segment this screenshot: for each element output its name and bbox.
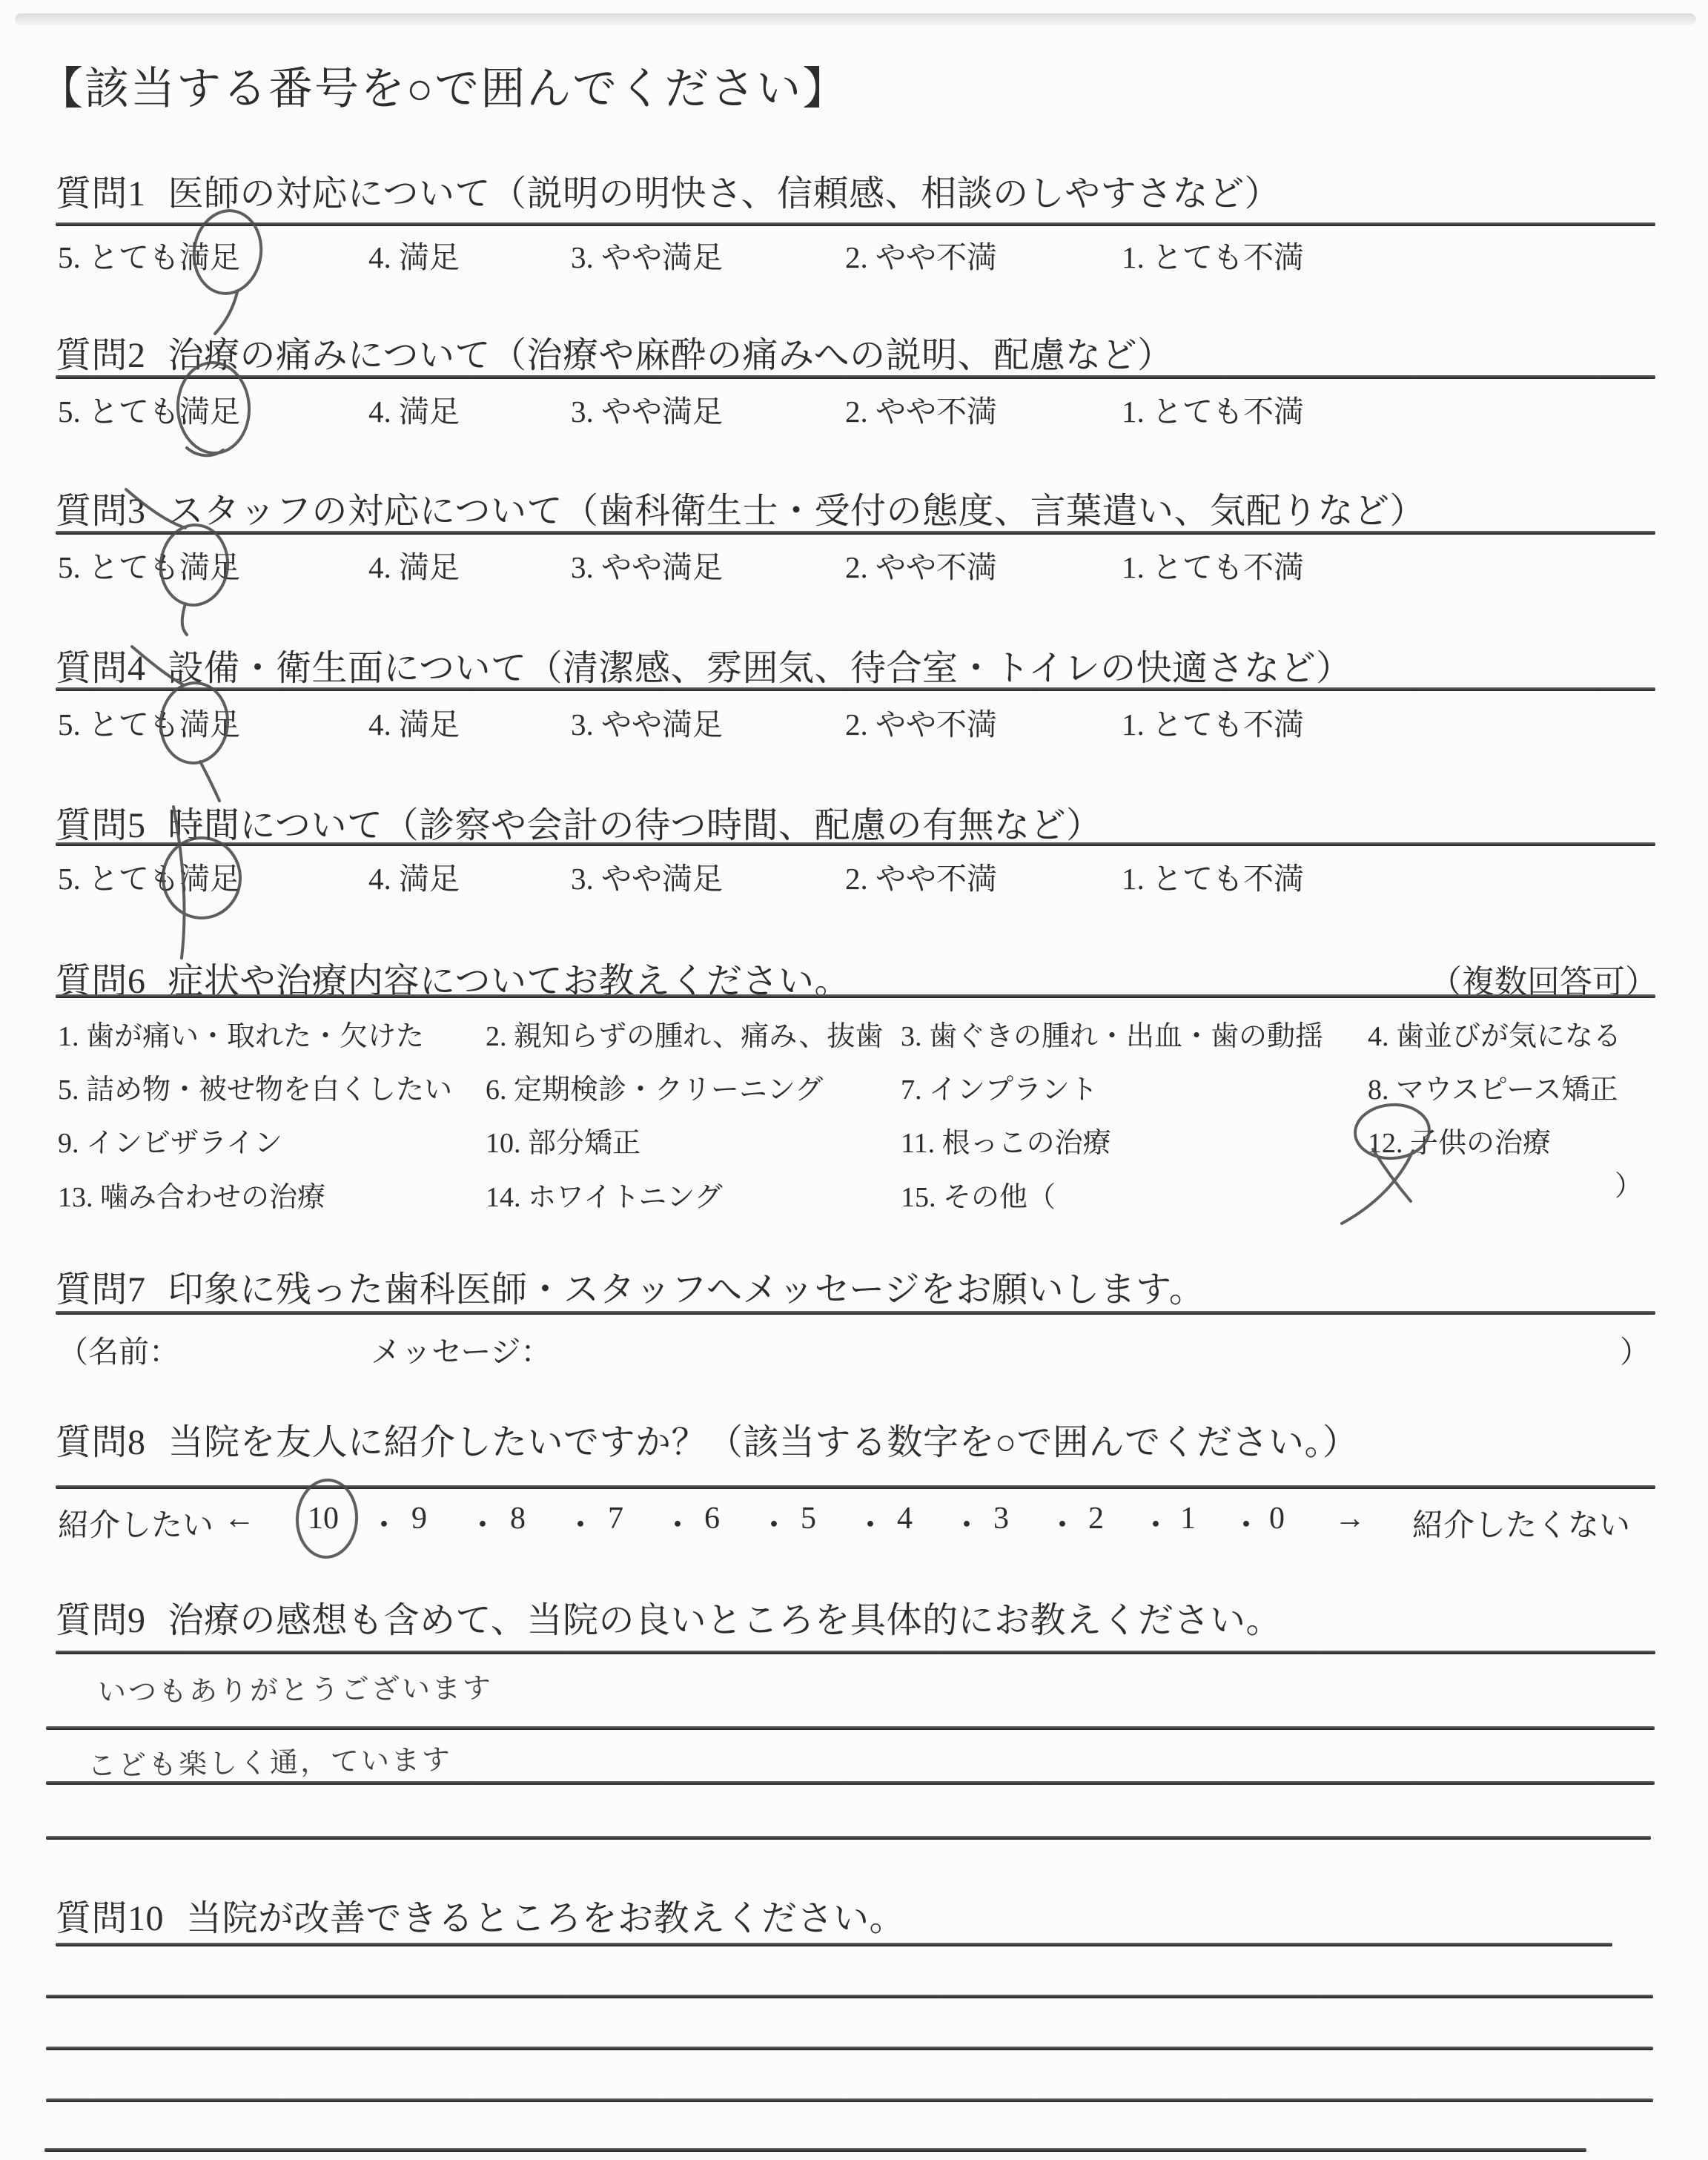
q6-item-6: 6. 定期検診・クリーニング: [486, 1066, 823, 1107]
q6-item-15: 15. その他（: [901, 1174, 1056, 1215]
q1-title: 質問1医師の対応について（説明の明快さ、信頼感、相談のしやすさなど）: [56, 165, 1280, 216]
q10-text: 当院が改善できるところをお教えください。: [186, 1899, 905, 1938]
q4-title: 質問4設備・衛生面について（清潔感、雰囲気、待合室・トイレの快適さなど）: [56, 639, 1352, 690]
q5-title: 質問5時間について（診察や会計の待つ時間、配慮の有無など）: [56, 796, 1102, 848]
q2-underline: [56, 375, 1655, 379]
q6-item-7: 7. インプラント: [901, 1066, 1098, 1107]
q2-option-4: 4. 満足: [368, 387, 460, 431]
q3-option-2: 2. やや不満: [845, 543, 997, 587]
q10-underline: [56, 1943, 1612, 1946]
q7-label: 質問7: [56, 1270, 146, 1309]
q8-dot: ・: [855, 1501, 886, 1545]
scan-artifact-band: [15, 13, 1696, 25]
q8-number-8: 8: [510, 1501, 526, 1536]
q6-item-9: 9. インビザライン: [58, 1120, 282, 1160]
q2-label: 質問2: [56, 336, 146, 375]
q9-label: 質問9: [56, 1601, 146, 1640]
q4-option-5: 5. とても満足: [58, 700, 240, 744]
q1-option-4: 4. 満足: [368, 233, 460, 277]
q5-text: 時間について（診察や会計の待つ時間、配慮の有無など）: [168, 806, 1102, 845]
q8-right-arrow-icon: →: [1334, 1501, 1366, 1536]
q9-handwritten-line-2: こども楽しく通，ています: [87, 1737, 453, 1784]
q8-dot: ・: [467, 1501, 498, 1545]
q8-left-arrow-icon: ←: [224, 1501, 255, 1536]
q2-text: 治療の痛みについて（治療や麻酔の痛みへの説明、配慮など）: [168, 336, 1174, 375]
q8-dot: ・: [758, 1501, 790, 1545]
q6-item-8: 8. マウスピース矯正: [1368, 1066, 1618, 1107]
q8-dot: ・: [951, 1501, 982, 1545]
q5-option-1: 1. とても不満: [1122, 854, 1304, 898]
q2-option-2: 2. やや不満: [845, 387, 997, 431]
q3-option-5: 5. とても満足: [58, 543, 240, 587]
q5-label: 質問5: [56, 806, 146, 845]
q2-option-5: 5. とても満足: [58, 387, 240, 431]
q10-answer-line-4: [44, 2148, 1586, 2152]
q3-option-1: 1. とても不満: [1122, 543, 1304, 587]
q8-number-9: 9: [411, 1501, 427, 1536]
survey-scan-page: 【該当する番号を○で囲んでください】 質問1医師の対応について（説明の明快さ、信…: [0, 0, 1708, 2160]
q1-text: 医師の対応について（説明の明快さ、信頼感、相談のしやすさなど）: [168, 174, 1281, 214]
q4-label: 質問4: [56, 649, 146, 688]
q9-underline: [56, 1651, 1655, 1654]
q3-option-3: 3. やや満足: [571, 543, 723, 587]
q3-circle-tail-bottom: [182, 604, 187, 635]
q8-number-2: 2: [1088, 1501, 1104, 1536]
q5-option-3: 3. やや満足: [571, 854, 723, 898]
q2-title: 質問2治療の痛みについて（治療や麻酔の痛みへの説明、配慮など）: [56, 326, 1174, 377]
q9-title: 質問9治療の感想も含めて、当院の良いところを具体的にお教えください。: [56, 1591, 1282, 1642]
q3-underline: [56, 531, 1655, 535]
q10-answer-line-3: [46, 2098, 1653, 2102]
q8-number-3: 3: [993, 1501, 1009, 1536]
q9-answer-line-2: [46, 1781, 1655, 1785]
q9-answer-line-1: [46, 1726, 1655, 1730]
q5-underline: [56, 842, 1655, 846]
q10-title: 質問10当院が改善できるところをお教えください。: [56, 1889, 905, 1941]
q3-option-4: 4. 満足: [368, 543, 460, 587]
q5-option-2: 2. やや不満: [845, 854, 997, 898]
q9-text: 治療の感想も含めて、当院の良いところを具体的にお教えください。: [168, 1601, 1282, 1640]
q6-underline: [56, 994, 1655, 998]
q3-label: 質問3: [56, 492, 146, 531]
q7-title: 質問7印象に残った歯科医師・スタッフへメッセージをお願いします。: [56, 1261, 1205, 1312]
q7-name-label: （名前：: [58, 1327, 179, 1371]
q6-item-5: 5. 詰め物・被せ物を白くしたい: [58, 1066, 452, 1107]
q1-option-2: 2. やや不満: [845, 233, 997, 277]
q1-option-5: 5. とても満足: [58, 233, 240, 277]
q8-dot: ・: [1047, 1501, 1078, 1545]
q8-dot: ・: [368, 1501, 400, 1545]
q4-option-3: 3. やや満足: [571, 700, 723, 744]
q8-number-5: 5: [801, 1501, 816, 1536]
q1-label: 質問1: [56, 174, 146, 214]
q4-underline: [56, 687, 1655, 691]
q7-close-paren: ）: [1620, 1327, 1650, 1371]
q7-underline: [56, 1311, 1655, 1315]
q8-underline: [56, 1485, 1655, 1489]
q6-other-close-paren: ）: [1615, 1163, 1643, 1203]
q8-dot: ・: [1231, 1501, 1262, 1545]
q6-item-11: 11. 根っこの治療: [901, 1120, 1111, 1160]
q6-item-10: 10. 部分矯正: [486, 1120, 640, 1160]
q9-answer-line-3: [46, 1836, 1651, 1840]
q6-item-3: 3. 歯ぐきの腫れ・出血・歯の動揺: [901, 1013, 1323, 1054]
q8-number-0: 0: [1269, 1501, 1285, 1536]
q2-circle-tail: [187, 448, 223, 455]
q8-dot: ・: [1140, 1501, 1171, 1545]
q4-option-1: 1. とても不満: [1122, 700, 1304, 744]
q8-number-6: 6: [704, 1501, 720, 1536]
q5-option-5: 5. とても満足: [58, 854, 240, 898]
q6-item-1: 1. 歯が痛い・取れた・欠けた: [58, 1013, 424, 1054]
q8-label: 質問8: [56, 1423, 146, 1462]
q8-text: 当院を友人に紹介したいですか？（該当する数字を○で囲んでください。）: [168, 1423, 1359, 1462]
q4-option-4: 4. 満足: [368, 700, 460, 744]
q6-item12-tail-2: [1342, 1151, 1413, 1223]
q1-option-3: 3. やや満足: [571, 233, 723, 277]
q8-number-4: 4: [897, 1501, 913, 1536]
q4-circle-tail-bottom: [200, 762, 219, 801]
q8-number-7: 7: [608, 1501, 623, 1536]
q8-number-1: 1: [1180, 1501, 1196, 1536]
q10-answer-line-2: [46, 2047, 1653, 2050]
q2-option-1: 1. とても不満: [1122, 387, 1304, 431]
q6-item-14: 14. ホワイトニング: [486, 1174, 723, 1215]
q8-number-10: 10: [308, 1501, 339, 1536]
q2-option-3: 3. やや満足: [571, 387, 723, 431]
q10-label: 質問10: [56, 1899, 164, 1938]
q7-message-label: メッセージ：: [371, 1327, 552, 1371]
q8-title: 質問8当院を友人に紹介したいですか？（該当する数字を○で囲んでください。）: [56, 1413, 1359, 1464]
q4-option-2: 2. やや不満: [845, 700, 997, 744]
q3-title: 質問3スタッフの対応について（歯科衛生士・受付の態度、言葉遣い、気配りなど）: [56, 482, 1426, 533]
page-title: 【該当する番号を○で囲んでください】: [39, 53, 848, 117]
q6-item-4: 4. 歯並びが気になる: [1368, 1013, 1621, 1054]
q7-text: 印象に残った歯科医師・スタッフへメッセージをお願いします。: [168, 1270, 1205, 1309]
q8-dot: ・: [565, 1501, 596, 1545]
q6-item-12: 12. 子供の治療: [1368, 1120, 1551, 1160]
q1-underline: [56, 222, 1655, 226]
q8-left-label: 紹介したい: [58, 1501, 213, 1545]
q1-option-1: 1. とても不満: [1122, 233, 1304, 277]
q5-option-4: 4. 満足: [368, 854, 460, 898]
q8-right-label: 紹介したくない: [1412, 1501, 1630, 1545]
q8-dot: ・: [662, 1501, 693, 1545]
q4-text: 設備・衛生面について（清潔感、雰囲気、待合室・トイレの快適さなど）: [168, 649, 1352, 688]
q10-answer-line-1: [46, 1995, 1653, 1998]
q3-text: スタッフの対応について（歯科衛生士・受付の態度、言葉遣い、気配りなど）: [168, 492, 1426, 531]
q9-handwritten-line-1: いつもありがとうございます: [98, 1665, 494, 1710]
q6-item-2: 2. 親知らずの腫れ、痛み、抜歯: [486, 1013, 884, 1054]
q6-item-13: 13. 噛み合わせの治療: [58, 1174, 325, 1215]
